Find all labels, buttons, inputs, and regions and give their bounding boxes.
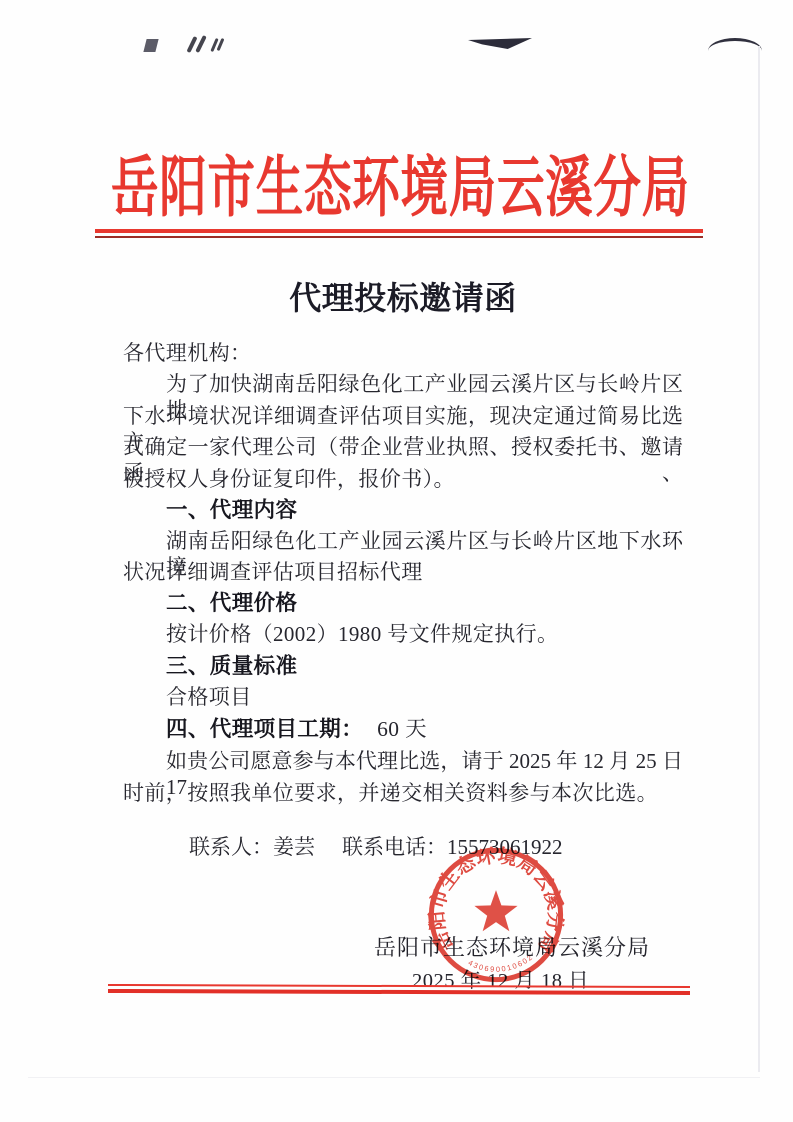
official-seal: 岳阳市生态环境局云溪分局 4306900106023 [419, 844, 573, 986]
section-heading-2: 二、代理价格 [123, 590, 683, 616]
scan-page-curl [708, 38, 762, 51]
page-edge-right [758, 46, 760, 1072]
section-heading-1: 一、代理内容 [123, 497, 683, 523]
scan-smudge [143, 39, 158, 52]
section-heading-4-label: 四、代理项目工期： [166, 717, 363, 741]
body-line: 状况详细调查评估项目招标代理 [123, 559, 683, 585]
seal-graphic: 岳阳市生态环境局云溪分局 4306900106023 [419, 844, 573, 986]
footer-rule-thick [108, 989, 690, 995]
body-line: 合格项目 [123, 684, 683, 710]
letterhead-title: 岳阳市生态环境局云溪分局 [111, 134, 682, 229]
page-edge-bottom [28, 1077, 760, 1078]
section-heading-4: 四、代理项目工期：60 天 [123, 716, 683, 742]
project-duration-value: 60 天 [377, 717, 427, 741]
contact-person: 联系人：姜芸 [189, 831, 315, 861]
letterhead-rule-thick [95, 229, 703, 233]
letterhead-rule-thin [95, 236, 703, 238]
document-title: 代理投标邀请函 [123, 273, 683, 319]
salutation: 各代理机构： [123, 340, 683, 366]
footer-rule-thin [108, 984, 690, 988]
body-line: 按计价格（2002）1980 号文件规定执行。 [123, 621, 683, 647]
section-heading-3: 三、质量标准 [123, 653, 683, 679]
scanned-letter-page: 岳阳市生态环境局云溪分局 代理投标邀请函 各代理机构： 为了加快湖南岳阳绿色化工… [0, 0, 793, 1122]
star-icon [474, 890, 517, 931]
body-line: 时前，按照我单位要求，并递交相关资料参与本次比选。 [123, 780, 683, 806]
body-line: 被授权人身份证复印件，报价书）。 [123, 466, 683, 492]
scan-smudge [468, 38, 532, 49]
